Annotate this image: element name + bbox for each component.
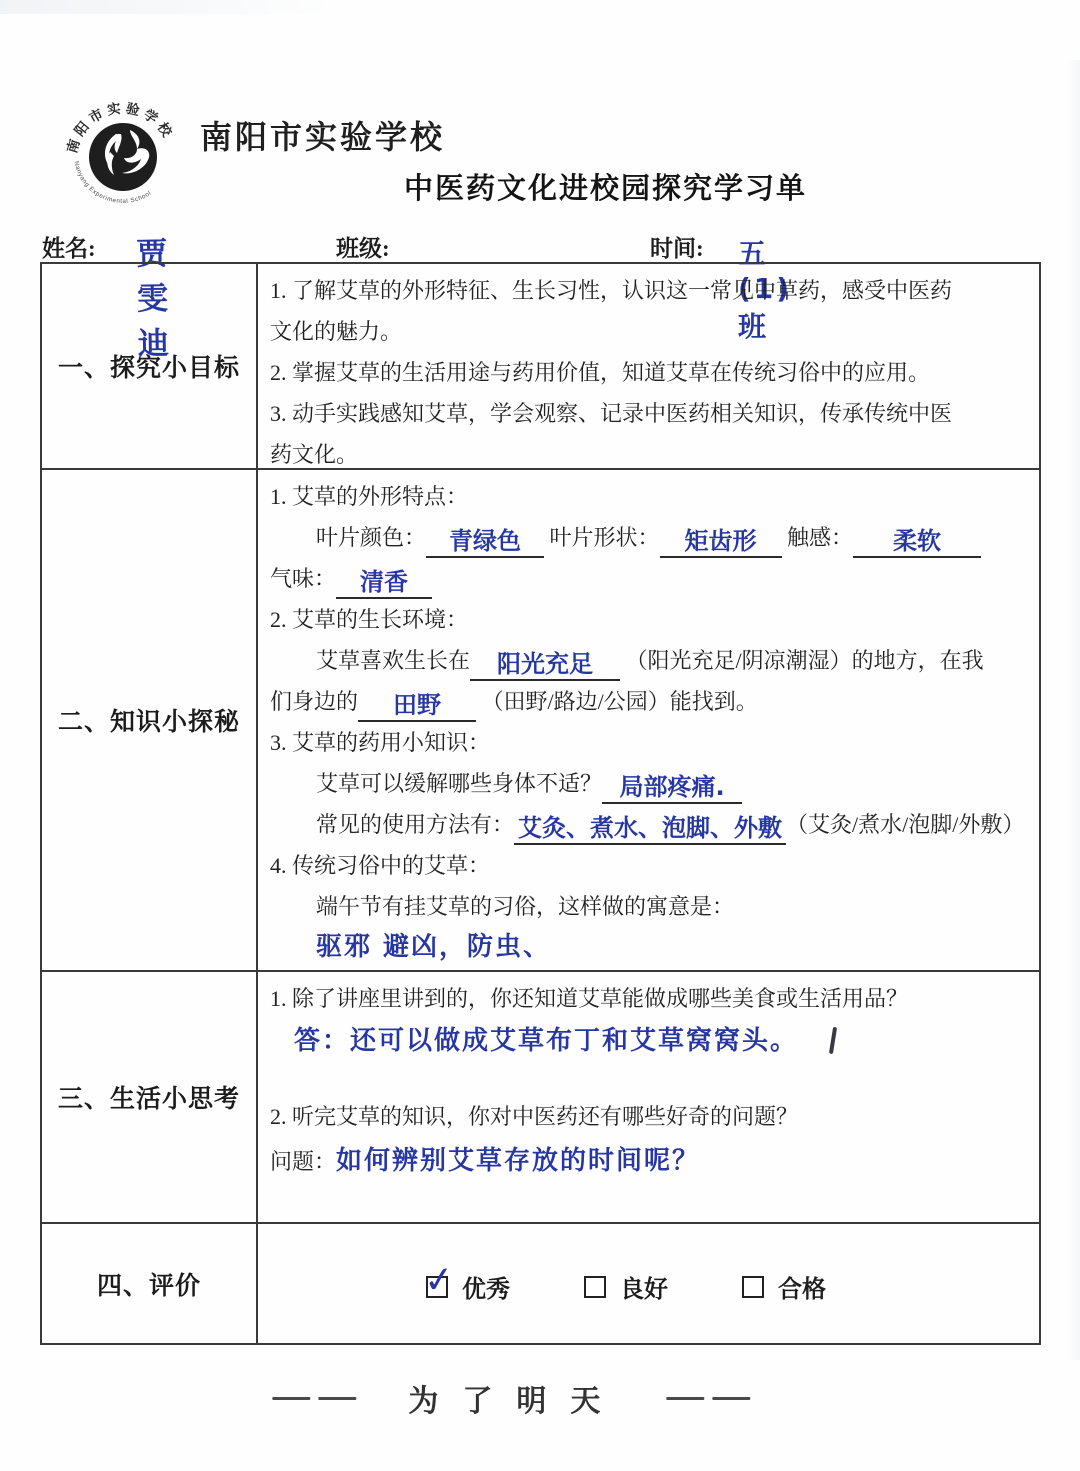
leaf-shape-blank: 矩齿形 [660,528,782,558]
explore-content: 1. 了解艾草的外形特征、生长习性，认识这一常见中草药，感受中医药 文化的魅力。… [258,264,1039,468]
field-blank: 田野 [358,692,476,722]
eval-option-excellent: ✓ 优秀 [426,1269,510,1304]
q3-line2-label: 常见的使用方法有： [316,812,514,837]
knowledge-q3-line-2: 常见的使用方法有：艾灸、煮水、泡脚、外敷（艾灸/煮水/泡脚/外敷） [270,804,1029,845]
eval-option-good: ✓ 良好 [584,1269,668,1304]
q2-post-text: （田野/路边/公园）能找到。 [482,689,758,714]
knowledge-q1-title: 1. 艾草的外形特点： [270,476,1029,517]
eval-label-pass: 合格 [778,1269,826,1304]
footer-dash-left [272,1397,356,1400]
q3-line2-options: （艾灸/煮水/泡脚/外敷） [786,812,1024,837]
knowledge-content: 1. 艾草的外形特点： 叶片颜色：青绿色 叶片形状：矩齿形 触感：柔软 气味：清… [258,470,1039,970]
scan-artifact-top [0,0,340,14]
school-logo-emblem: 南阳市实验学校 Nanyang Experimental School [60,94,186,220]
eval-option-pass: ✓ 合格 [742,1269,826,1304]
section-label-knowledge: 二、知识小探秘 [42,470,258,970]
knowledge-q2-line-2: 们身边的田野 （田野/路边/公园）能找到。 [270,681,1029,722]
time-label: 时间: [650,236,704,261]
knowledge-smell-line: 气味：清香 [270,558,1029,599]
eval-label-good: 良好 [620,1269,668,1304]
class-field: 班级: 五(1)班 [336,230,390,263]
knowledge-q2-title: 2. 艾草的生长环境： [270,599,1029,640]
thinking-q2: 2. 听完艾草的知识，你对中医药还有哪些好奇的问题？ [270,1096,1029,1137]
smell-blank: 清香 [336,569,432,599]
sunlight-handwritten: 阳光充足 [497,650,593,678]
thinking-content: 1. 除了讲座里讲到的，你还知道艾草能做成哪些美食或生活用品？ 答：还可以做成艾… [258,972,1039,1222]
smell-label: 气味： [270,566,336,591]
class-label: 班级: [336,236,390,261]
footer-slogan-row: 为了明天 [272,1376,750,1420]
goal-item-1-line-2: 文化的魅力。 [270,311,1029,352]
q3-line1-label: 艾草可以缓解哪些身体不适？ [316,771,602,796]
touch-label: 触感： [787,525,853,550]
evaluation-content: ✓ 优秀 ✓ 良好 ✓ 合格 [258,1224,1039,1343]
footer-slogan: 为了明天 [398,1376,624,1420]
knowledge-q2-line-1: 艾草喜欢生长在阳光充足 （阳光充足/阴凉潮湿）的地方，在我 [270,640,1029,681]
checkmark-icon: ✓ [422,1258,456,1302]
q2-options-text: （阳光充足/阴凉潮湿）的地方，在我 [626,648,984,673]
knowledge-q4-line-1: 端午节有挂艾草的习俗，这样做的寓意是： [270,886,1029,927]
knowledge-q4-title: 4. 传统习俗中的艾草： [270,845,1029,886]
leaf-shape-handwritten: 矩齿形 [685,527,757,555]
thinking-a1-line: 答：还可以做成艾草布丁和艾草窝窝头。 [294,1021,1029,1062]
section-evaluation: 四、评价 ✓ 优秀 ✓ 良好 ✓ 合格 [42,1224,1039,1343]
pain-handwritten: 局部疼痛. [619,773,724,801]
name-field: 姓名: 贾雯迪 [42,230,96,263]
thinking-a1-handwritten: 答：还可以做成艾草布丁和艾草窝窝头。 [294,1026,798,1056]
knowledge-q1-blanks: 叶片颜色：青绿色 叶片形状：矩齿形 触感：柔软 [270,517,1029,558]
checkbox-good: ✓ [584,1276,606,1298]
smell-handwritten: 清香 [360,568,408,596]
leaf-color-handwritten: 青绿色 [449,527,521,555]
goal-item-1-line-1: 1. 了解艾草的外形特征、生长习性，认识这一常见中草药，感受中医药 [270,270,1029,311]
name-label: 姓名: [42,236,96,261]
methods-handwritten: 艾灸、煮水、泡脚、外敷 [518,814,782,842]
thinking-a2-handwritten: 如何辨别艾草存放的时间呢？ [336,1146,700,1176]
meta-row: 姓名: 贾雯迪 班级: 五(1)班 时间: 2026年4月2日 [0,222,1080,262]
page-title: 中医药文化进校园探究学习单 [404,166,807,207]
school-logo: 南阳市实验学校 Nanyang Experimental School [60,94,186,220]
section-explore-goals: 一、探究小目标 1. 了解艾草的外形特征、生长习性，认识这一常见中草药，感受中医… [42,264,1039,470]
thinking-a2-line: 问题：如何辨别艾草存放的时间呢？ [270,1141,1029,1182]
knowledge-q4-answer-line: 驱邪 避凶，防虫、 [270,927,1029,968]
worksheet-table: 一、探究小目标 1. 了解艾草的外形特征、生长习性，认识这一常见中草药，感受中医… [40,262,1041,1345]
leaf-color-blank: 青绿色 [426,528,544,558]
q2-pre-text: 艾草喜欢生长在 [316,648,470,673]
thinking-a2-label: 问题： [270,1149,336,1174]
sunlight-blank: 阳光充足 [470,651,620,681]
goal-item-3-line-1: 3. 动手实践感知艾草，学会观察、记录中医药相关知识，传承传统中医 [270,393,1029,434]
footer-dash-right [666,1397,750,1400]
q2-line2-pre-text: 们身边的 [270,689,358,714]
time-field: 时间: 2026年4月2日 [650,230,704,263]
touch-blank: 柔软 [853,528,981,558]
custom-meaning-handwritten: 驱邪 避凶，防虫、 [316,932,551,962]
pain-blank: 局部疼痛. [602,774,742,804]
leaf-color-label: 叶片颜色： [316,525,426,550]
section-thinking: 三、生活小思考 1. 除了讲座里讲到的，你还知道艾草能做成哪些美食或生活用品？ … [42,972,1039,1224]
thinking-q1: 1. 除了讲座里讲到的，你还知道艾草能做成哪些美食或生活用品？ [270,978,1029,1019]
knowledge-q3-title: 3. 艾草的药用小知识： [270,722,1029,763]
section-label-explore: 一、探究小目标 [42,264,258,468]
methods-blank: 艾灸、煮水、泡脚、外敷 [514,815,786,845]
checkbox-excellent: ✓ [426,1276,448,1298]
eval-label-excellent: 优秀 [462,1269,510,1304]
touch-handwritten: 柔软 [893,527,941,555]
goal-item-3-line-2: 药文化。 [270,434,1029,475]
section-label-evaluation: 四、评价 [42,1224,258,1343]
scanned-worksheet: 南阳市实验学校 Nanyang Experimental School 南阳市实… [0,0,1080,1471]
knowledge-q3-line-1: 艾草可以缓解哪些身体不适？局部疼痛. [270,763,1029,804]
school-name: 南阳市实验学校 [200,112,445,158]
leaf-shape-label: 叶片形状： [550,525,660,550]
section-label-thinking: 三、生活小思考 [42,972,258,1222]
field-handwritten: 田野 [393,691,441,719]
goal-item-2: 2. 掌握艾草的生活用途与药用价值，知道艾草在传统习俗中的应用。 [270,352,1029,393]
section-knowledge: 二、知识小探秘 1. 艾草的外形特点： 叶片颜色：青绿色 叶片形状：矩齿形 触感… [42,470,1039,972]
checkbox-pass: ✓ [742,1276,764,1298]
